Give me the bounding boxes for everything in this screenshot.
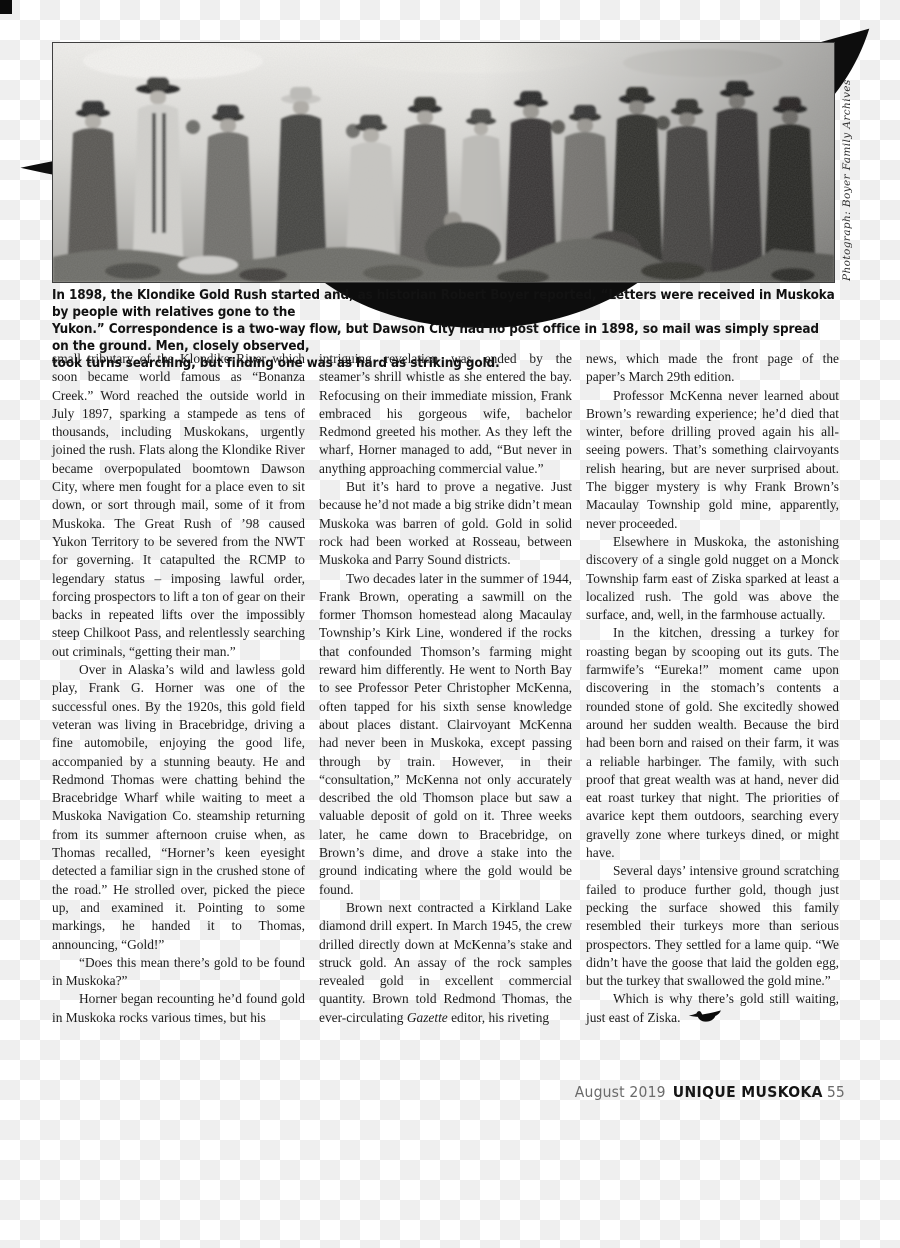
loon-icon: [688, 1009, 722, 1025]
article-body: small tributary of the Klondike River wh…: [52, 350, 839, 1027]
footer-magazine-name: UNIQUE MUSKOKA: [673, 1083, 823, 1101]
article-paragraph: In the kitchen, dressing a turkey for ro…: [586, 624, 839, 862]
article-paragraph: Which is why there’s gold still waiting,…: [586, 990, 839, 1027]
article-paragraph: Brown next contracted a Kirkland Lake di…: [319, 899, 572, 1027]
article-paragraph: “Does this mean there’s gold to be found…: [52, 954, 305, 991]
article-paragraph: Over in Alaska’s wild and lawless gold p…: [52, 661, 305, 954]
article-paragraph: intriguing revelation was ended by the s…: [319, 350, 572, 478]
article-paragraph: Elsewhere in Muskoka, the astonishing di…: [586, 533, 839, 624]
article-paragraph: Two decades later in the summer of 1944,…: [319, 570, 572, 899]
klondike-photo-image: [53, 43, 834, 282]
klondike-photo: [52, 42, 835, 283]
article-column-3: news, which made the front page of the p…: [586, 350, 839, 1027]
page-corner-mark: [0, 0, 12, 14]
article-paragraph: news, which made the front page of the p…: [586, 350, 839, 387]
photo-credit: Photograph: Boyer Family Archives: [841, 79, 853, 281]
article-paragraph: Several days’ intensive ground scratchin…: [586, 862, 839, 990]
article-paragraph: Professor McKenna never learned about Br…: [586, 387, 839, 533]
footer-page-number: 55: [827, 1083, 845, 1101]
page-footer: August 2019UNIQUE MUSKOKA55: [575, 1083, 845, 1101]
article-column-2: intriguing revelation was ended by the s…: [319, 350, 572, 1027]
magazine-page: Photograph: Boyer Family Archives In 189…: [0, 0, 900, 1248]
article-paragraph: Horner began recounting he’d found gold …: [52, 990, 305, 1027]
article-column-1: small tributary of the Klondike River wh…: [52, 350, 305, 1027]
article-paragraph: small tributary of the Klondike River wh…: [52, 350, 305, 661]
article-paragraph: But it’s hard to prove a negative. Just …: [319, 478, 572, 569]
footer-issue-date: August 2019: [575, 1083, 666, 1101]
